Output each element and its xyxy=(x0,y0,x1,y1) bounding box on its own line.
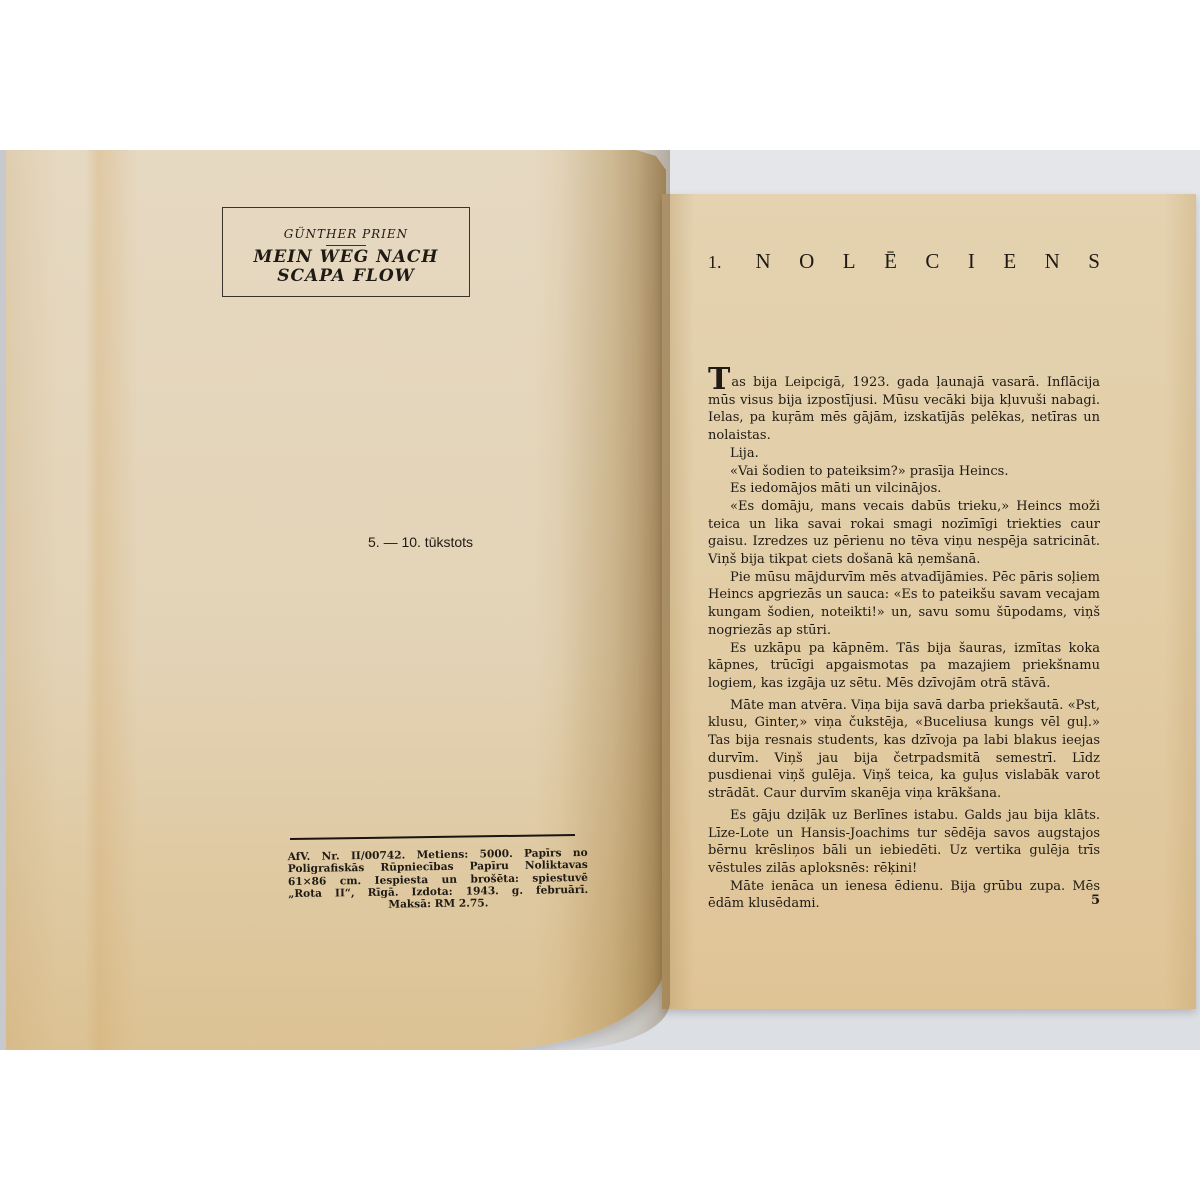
book-title-line-2: SCAPA FLOW xyxy=(223,267,469,286)
title-box: GÜNTHER PRIEN MEIN WEG NACH SCAPA FLOW xyxy=(222,207,470,297)
paragraph: Pie mūsu mājdurvīm mēs atvadījāmies. Pēc… xyxy=(708,569,1100,640)
chapter-title-letter: S xyxy=(1088,249,1100,274)
book-title-line-1: MEIN WEG NACH xyxy=(223,248,469,267)
chapter-body: Tas bija Leipcigā, 1923. gada ļaunajā va… xyxy=(708,370,1100,913)
paragraph: Māte ienāca un ienesa ēdienu. Bija grūbu… xyxy=(708,878,1100,913)
edition-note: 5. — 10. tūkstots xyxy=(368,534,473,550)
chapter-title-letter: Ē xyxy=(884,249,897,274)
paragraph: Es iedomājos māti un vilcinājos. xyxy=(708,480,1100,498)
page-number: 5 xyxy=(1091,893,1100,908)
paragraph: Lija. xyxy=(708,445,1100,463)
chapter-title-letter: N xyxy=(756,249,771,274)
chapter-title-letter: I xyxy=(968,249,975,274)
chapter-number: 1. xyxy=(708,252,722,273)
chapter-title: NOLĒCIENS xyxy=(756,249,1101,274)
paragraph: Māte man atvēra. Viņa bija savā darba pr… xyxy=(708,697,1100,803)
chapter-title-letter: N xyxy=(1045,249,1060,274)
paragraph: Es gāju dziļāk uz Berlīnes istabu. Galds… xyxy=(708,807,1100,878)
author-name: GÜNTHER PRIEN xyxy=(223,227,469,241)
paragraph: Es uzkāpu pa kāpnēm. Tās bija šauras, iz… xyxy=(708,640,1100,693)
chapter-title-letter: L xyxy=(843,249,856,274)
chapter-title-letter: E xyxy=(1003,249,1016,274)
paragraph: «Vai šodien to pateiksim?» prasīja Heinc… xyxy=(708,463,1100,481)
chapter-title-letter: O xyxy=(799,249,814,274)
paragraph: Tas bija Leipcigā, 1923. gada ļaunajā va… xyxy=(708,370,1100,445)
imprint-block: AfV. Nr. II/00742. Metiens: 5000. Papīrs… xyxy=(288,847,589,913)
chapter-title-letter: C xyxy=(925,249,939,274)
chapter-heading: 1. NOLĒCIENS xyxy=(708,249,1100,274)
title-divider xyxy=(326,245,366,246)
paragraph: «Es domāju, mans vecais dabūs trieku,» H… xyxy=(708,498,1100,569)
